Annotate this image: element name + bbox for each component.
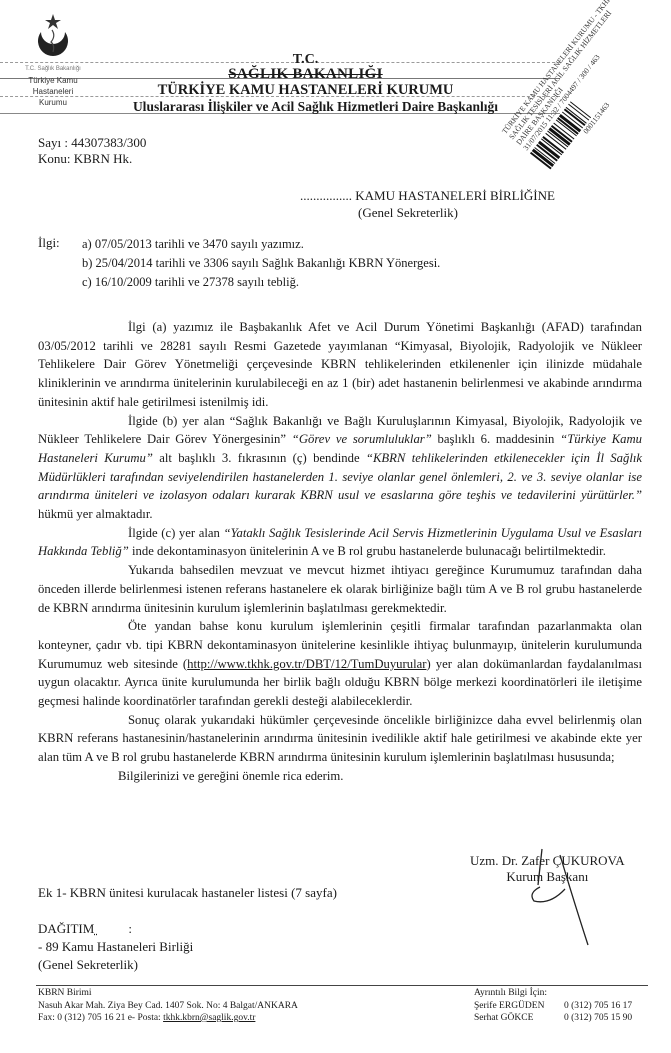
footer-contact: KBRN Birimi Nasuh Akar Mah. Ziya Bey Cad… — [38, 987, 298, 1025]
recipient-sub: (Genel Sekreterlik) — [358, 205, 458, 221]
footer-unit: KBRN Birimi — [38, 987, 298, 1000]
distribution-block: DAĞITIM : - 89 Kamu Hastaneleri Birliği … — [38, 920, 193, 974]
footer-email-link[interactable]: tkhk.kbrn@saglik.gov.tr — [163, 1013, 255, 1023]
reference-item: a) 07/05/2013 tarihli ve 3470 sayılı yaz… — [82, 235, 440, 254]
website-link[interactable]: http://www.tkhk.gov.tr/DBT/12/TumDuyurul… — [187, 657, 426, 671]
signature-block: Uzm. Dr. Zafer ÇUKUROVA Kurum Başkanı — [470, 853, 625, 885]
contact-name: Şerife ERGÜDEN — [474, 1000, 564, 1013]
paragraph-6: Sonuç olarak yukarıdaki hükümler çerçeve… — [38, 711, 642, 767]
reference-label: İlgi: — [38, 235, 60, 251]
paragraph-1: İlgi (a) yazımız ile Başbakanlık Afet ve… — [38, 318, 642, 412]
signatory-name: Uzm. Dr. Zafer ÇUKUROVA — [470, 853, 625, 869]
paragraph-7: Bilgilerinizi ve gereğini önemle rica ed… — [38, 767, 642, 786]
paragraph-5: Öte yandan bahse konu kurulum işlemlerin… — [38, 617, 642, 711]
paragraph-3: İlgide (c) yer alan “Yataklı Sağlık Tesi… — [38, 524, 642, 561]
paragraph-2: İlgide (b) yer alan “Sağlık Bakanlığı ve… — [38, 412, 642, 524]
footer-address: Nasuh Akar Mah. Ziya Bey Cad. 1407 Sok. … — [38, 1000, 298, 1013]
barcode-stamp: TÜRKİYE KAMU HASTANELERİ KURUMU - TKHK S… — [520, 70, 671, 270]
reference-item: b) 25/04/2014 tarihli ve 3306 sayılı Sağ… — [82, 254, 440, 273]
footer-fax: Fax: 0 (312) 705 16 21 e- Posta: — [38, 1013, 163, 1023]
distribution-item: - 89 Kamu Hastaneleri Birliği — [38, 938, 193, 956]
reference-item: c) 16/10/2009 tarihli ve 27378 sayılı te… — [82, 273, 440, 292]
contact-name: Serhat GÖKCE — [474, 1012, 564, 1025]
letter-body: İlgi (a) yazımız ile Başbakanlık Afet ve… — [38, 318, 642, 786]
distribution-item: (Genel Sekreterlik) — [38, 956, 193, 974]
attachment-note: Ek 1- KBRN ünitesi kurulacak hastaneler … — [38, 885, 337, 901]
footer-rule — [36, 985, 648, 986]
footer-info: Ayrıntılı Bilgi İçin: Şerife ERGÜDEN0 (3… — [474, 987, 632, 1025]
document-number: Sayı : 44307383/300 — [38, 135, 146, 151]
distribution-label: DAĞITIM — [38, 921, 94, 936]
footer-info-label: Ayrıntılı Bilgi İçin: — [474, 987, 632, 1000]
recipient-line: ................ KAMU HASTANELERİ BİRLİĞ… — [300, 188, 555, 204]
paragraph-4: Yukarıda bahsedilen mevzuat ve mevcut hi… — [38, 561, 642, 617]
reference-list: a) 07/05/2013 tarihli ve 3470 sayılı yaz… — [82, 235, 440, 292]
contact-phone: 0 (312) 705 16 17 — [564, 1000, 632, 1013]
contact-phone: 0 (312) 705 15 90 — [564, 1012, 632, 1025]
document-subject: Konu: KBRN Hk. — [38, 151, 132, 167]
signatory-title: Kurum Başkanı — [470, 869, 625, 885]
